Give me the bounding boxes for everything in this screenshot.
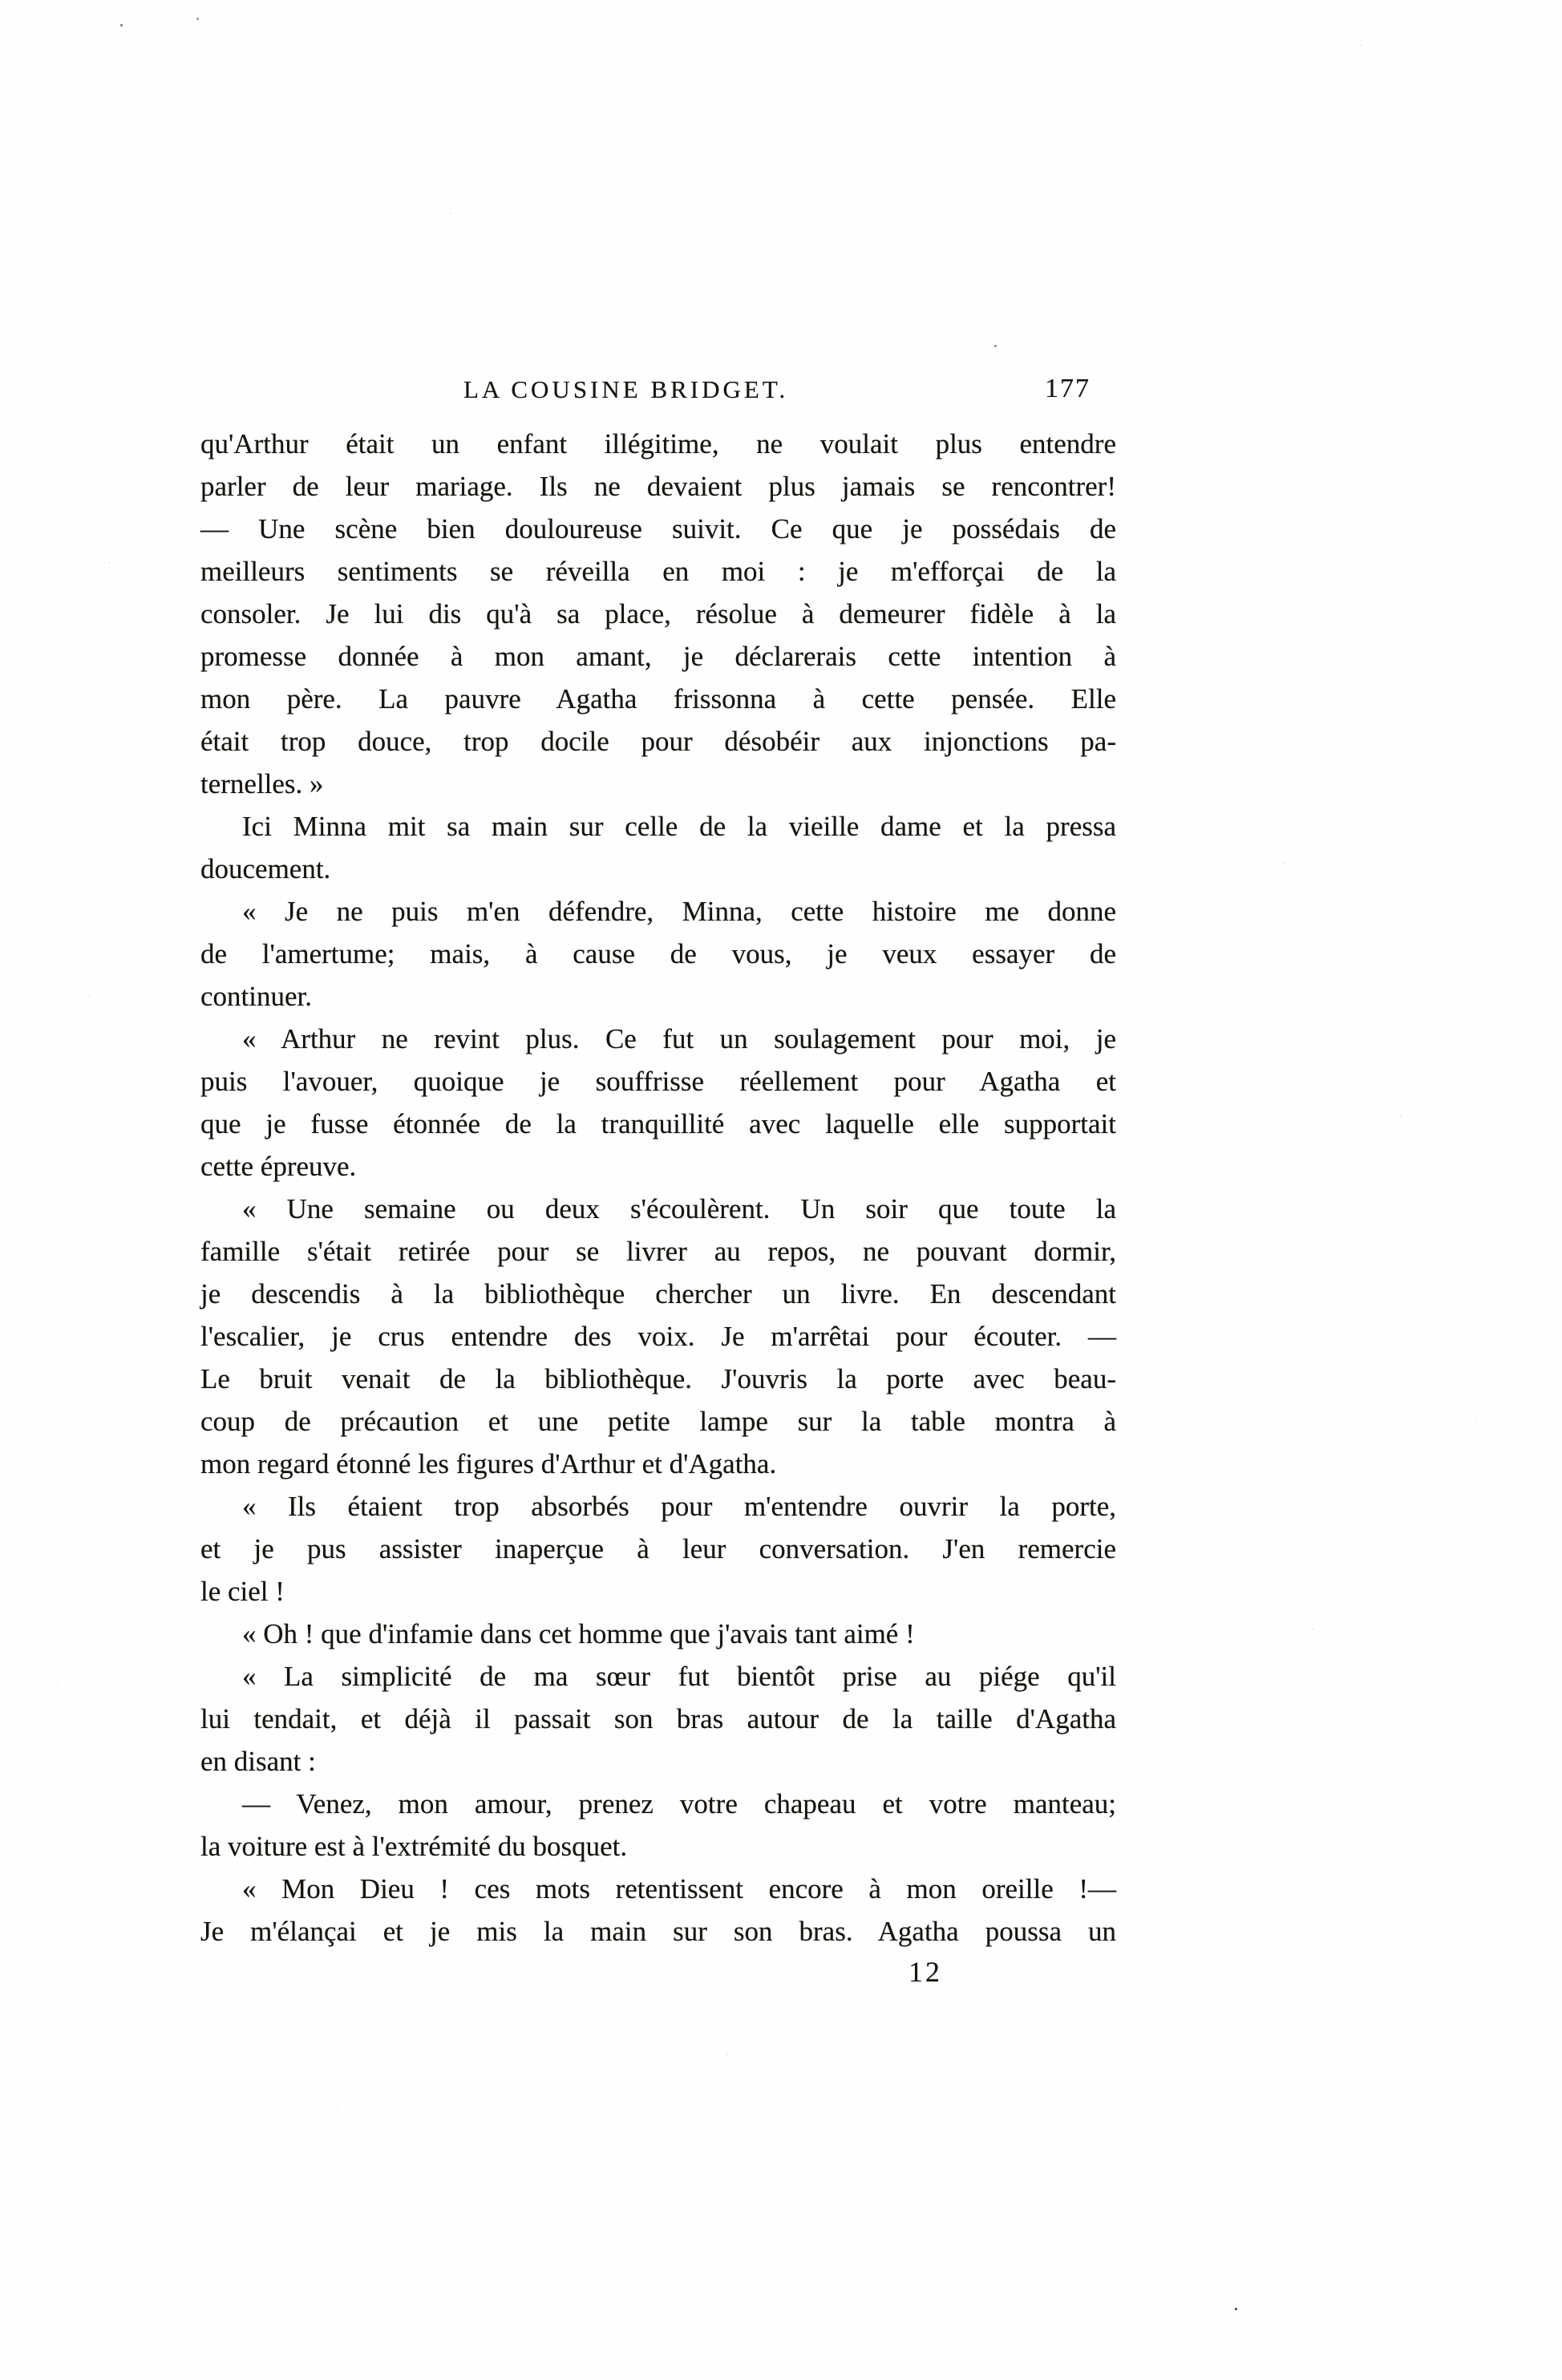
text-line: « Je ne puis m'en défendre, Minna, cette… <box>200 890 1116 933</box>
text-line: puis l'avouer, quoique je souffrisse rée… <box>200 1060 1116 1103</box>
text-line: Le bruit venait de la bibliothèque. J'ou… <box>200 1358 1116 1400</box>
text-block: qu'Arthur était un enfant illégitime, ne… <box>200 423 1116 1953</box>
text-line: — Une scène bien douloureuse suivit. Ce … <box>200 508 1116 550</box>
text-line: « Une semaine ou deux s'écoulèrent. Un s… <box>200 1188 1116 1230</box>
text-line: lui tendait, et déjà il passait son bras… <box>200 1698 1116 1740</box>
scan-noise <box>0 0 2 2</box>
text-line: que je fusse étonnée de la tranquillité … <box>200 1103 1116 1145</box>
text-line: le ciel ! <box>200 1570 1116 1613</box>
text-line: ternelles. » <box>200 763 1116 805</box>
text-line: « Ils étaient trop absorbés pour m'enten… <box>200 1485 1116 1528</box>
text-line: l'escalier, je crus entendre des voix. J… <box>200 1315 1116 1358</box>
text-line: et je pus assister inaperçue à leur conv… <box>200 1528 1116 1570</box>
text-line: doucement. <box>200 848 1116 890</box>
text-line: était trop douce, trop docile pour désob… <box>200 720 1116 763</box>
text-line: consoler. Je lui dis qu'à sa place, réso… <box>200 593 1116 635</box>
text-line: qu'Arthur était un enfant illégitime, ne… <box>200 423 1116 465</box>
text-line: — Venez, mon amour, prenez votre chapeau… <box>200 1783 1116 1825</box>
text-line: la voiture est à l'extrémité du bosquet. <box>200 1825 1116 1868</box>
text-line: je descendis à la bibliothèque chercher … <box>200 1273 1116 1315</box>
text-line: Ici Minna mit sa main sur celle de la vi… <box>200 805 1116 848</box>
text-line: promesse donnée à mon amant, je déclarer… <box>200 635 1116 678</box>
text-line: « Oh ! que d'infamie dans cet homme que … <box>200 1613 1116 1655</box>
text-line: coup de précaution et une petite lampe s… <box>200 1400 1116 1443</box>
text-line: mon regard étonné les figures d'Arthur e… <box>200 1443 1116 1485</box>
book-page-scan: LA COUSINE BRIDGET. 177 qu'Arthur était … <box>0 0 1562 2380</box>
text-line: mon père. La pauvre Agatha frissonna à c… <box>200 678 1116 720</box>
page-number: 177 <box>1045 374 1091 404</box>
text-line: cette épreuve. <box>200 1145 1116 1188</box>
text-line: en disant : <box>200 1740 1116 1783</box>
text-line: « Arthur ne revint plus. Ce fut un soula… <box>200 1018 1116 1060</box>
running-header: LA COUSINE BRIDGET. 177 <box>200 375 1116 411</box>
text-line: meilleurs sentiments se réveilla en moi … <box>200 550 1116 593</box>
text-line: de l'amertume; mais, à cause de vous, je… <box>200 933 1116 975</box>
running-title: LA COUSINE BRIDGET. <box>463 375 788 404</box>
text-line: famille s'était retirée pour se livrer a… <box>200 1230 1116 1273</box>
text-line: parler de leur mariage. Ils ne devaient … <box>200 465 1116 508</box>
text-line: Je m'élançai et je mis la main sur son b… <box>200 1910 1116 1953</box>
signature-mark: 12 <box>908 1955 942 1989</box>
text-line: continuer. <box>200 975 1116 1018</box>
text-line: « La simplicité de ma sœur fut bientôt p… <box>200 1655 1116 1698</box>
text-line: « Mon Dieu ! ces mots retentissent encor… <box>200 1868 1116 1910</box>
